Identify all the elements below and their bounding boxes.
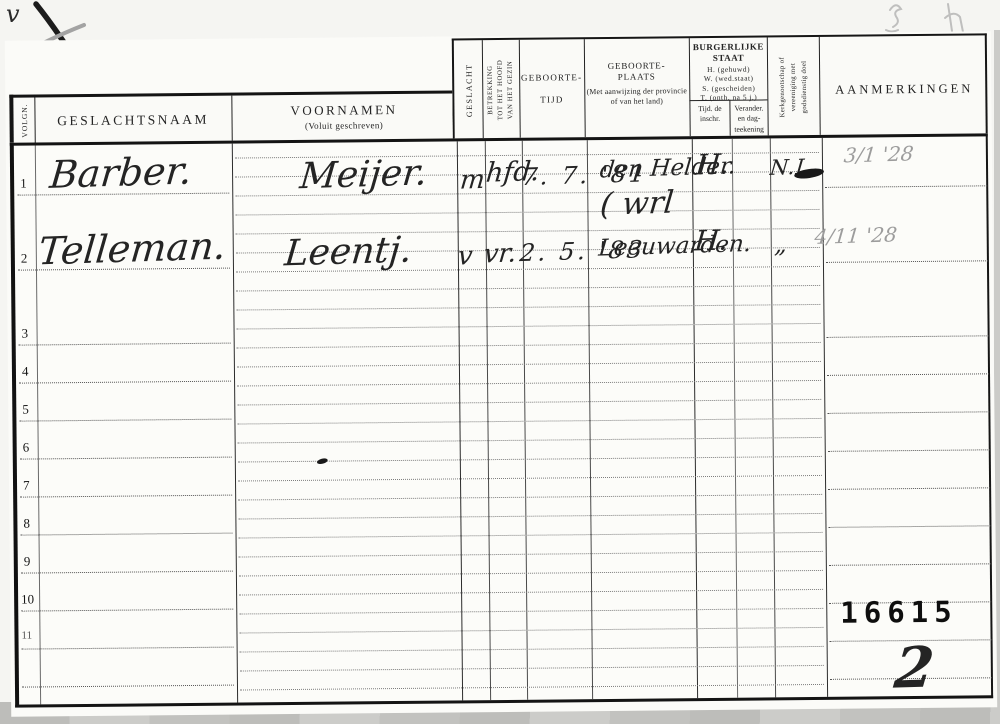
column-header-volgn: VOLGN.: [20, 103, 29, 137]
row-number: 6: [23, 440, 30, 456]
ruled-dotted-line: [238, 494, 822, 501]
geboorteplaats-line: GEBOORTE-: [586, 60, 687, 72]
ruled-dotted-line: [236, 304, 820, 311]
geboorteplaats-subtitle: (Met aanwijzing der provincie of van het…: [586, 86, 687, 107]
population-register-card: GESLACHT BETREKKING TOT HET HOOFD VAN HE…: [5, 31, 997, 716]
entry-burgerlijke-staat: H.: [694, 147, 730, 181]
voornamen-title: VOORNAMEN: [231, 101, 456, 119]
ruled-dotted-line: [827, 335, 989, 338]
ruled-dotted-line: [239, 551, 823, 558]
ruled-dotted-line: [239, 589, 823, 596]
betrekking-line: VAN HET GEZIN: [506, 60, 517, 121]
bottom-handwritten-mark: 2: [892, 634, 937, 701]
column-header-geboorteplaats: GEBOORTE- PLAATS (Met aanwijzing der pro…: [586, 60, 687, 107]
column-header-geslacht: GESLACHT: [465, 63, 475, 117]
scanned-register-card-page: { "annotations": { "corner_letter": "v" …: [0, 0, 1000, 724]
row-number: 3: [22, 326, 29, 342]
entry-aanmerkingen: 4/11 '28: [813, 222, 898, 249]
bs-subheader-verander: Verander. en dag-teekening: [730, 103, 767, 134]
kerk-line: Kerkgenootschap of: [778, 57, 789, 117]
ruled-dotted-line: [236, 285, 820, 292]
row-number: 4: [22, 364, 29, 380]
ruled-dotted-line: [239, 627, 823, 634]
ruled-dotted-line: [237, 361, 821, 368]
entry-geslachtsnaam: Telleman.: [37, 224, 228, 274]
geboortetijd-line: TIJD: [519, 89, 584, 111]
row-number: 1: [20, 176, 27, 192]
entry-geslachtsnaam: Barber.: [48, 148, 194, 196]
ruled-dotted-line: [828, 449, 990, 452]
header-left-block: VOLGN. GESLACHTSNAAM VOORNAMEN (Voluit g…: [9, 90, 452, 142]
ruled-dotted-line: [825, 185, 987, 188]
bs-code: T. (onth. na 5 j.): [690, 93, 767, 103]
ruled-dotted-line: [22, 647, 234, 650]
ruled-dotted-line: [827, 373, 989, 376]
kerk-line: vereeniging met: [789, 57, 800, 117]
geboortetijd-line: GEBOORTE-: [519, 67, 584, 89]
entry-geslacht: m: [459, 165, 486, 196]
row-number: 9: [24, 554, 31, 570]
entry-burgerlijke-staat: H.: [693, 223, 729, 257]
ruled-dotted-line: [20, 495, 232, 498]
betrekking-line: TOT HET HOOFD: [496, 60, 507, 121]
ruled-dotted-line: [828, 487, 990, 490]
row-number: 2: [21, 251, 28, 267]
voornamen-subtitle: (Voluit geschreven): [232, 119, 457, 131]
entry-voornamen: Meijer.: [298, 152, 429, 197]
ruled-dotted-line: [237, 342, 821, 349]
ruled-dotted-line: [828, 525, 990, 528]
ruled-dotted-line: [240, 684, 824, 691]
ruled-dotted-line: [237, 380, 821, 387]
registration-number-stamp: 16615: [840, 595, 958, 630]
ruled-dotted-line: [239, 532, 823, 539]
bs-title-line: STAAT: [690, 52, 767, 64]
ruled-dotted-line: [238, 475, 822, 482]
row-number: 8: [23, 516, 30, 532]
ruled-dotted-line: [238, 513, 822, 520]
betrekking-line: BETREKKING: [486, 60, 497, 121]
ruled-dotted-line: [237, 399, 821, 406]
ruled-dotted-line: [237, 323, 821, 330]
ruled-dotted-line: [20, 457, 232, 460]
ruled-dotted-line: [19, 343, 231, 346]
column-header-geslachtsnaam: GESLACHTSNAAM: [34, 112, 231, 130]
ruled-dotted-line: [19, 381, 231, 384]
table-body: 1 2 3 4 5 6 7 8 9 10 11 Barber. Meijer. …: [10, 133, 993, 707]
row-number: 7: [23, 478, 30, 494]
bs-subheader-tijd-inschr: Tijd. de inschr.: [690, 104, 729, 125]
ruled-dotted-line: [829, 563, 991, 566]
entry-kerkgenootschap-ditto: „: [773, 230, 788, 258]
ruled-dotted-line: [827, 411, 989, 414]
ruled-dotted-line: [239, 608, 823, 615]
header-right-block: GESLACHT BETREKKING TOT HET HOOFD VAN HE…: [452, 33, 988, 138]
ruled-dotted-line: [238, 437, 822, 444]
column-header-aanmerkingen: AANMERKINGEN: [819, 81, 989, 98]
entry-betrekking: vr.: [482, 238, 517, 269]
row-number: 11: [21, 630, 32, 642]
ruled-dotted-line: [22, 685, 234, 688]
kerk-line: godsdienstig doel: [799, 57, 810, 117]
ruled-dotted-line: [19, 419, 231, 422]
column-header-kerkgenootschap: Kerkgenootschap of vereeniging met godsd…: [778, 57, 811, 118]
ruled-dotted-line: [21, 533, 233, 536]
entry-aanmerkingen: 3/1 '28: [843, 141, 915, 167]
entry-geboorteplaats-note: ( wrl: [599, 185, 676, 223]
ruled-dotted-line: [240, 646, 824, 653]
ruled-dotted-line: [237, 418, 821, 425]
column-header-betrekking: BETREKKING TOT HET HOOFD VAN HET GEZIN: [486, 60, 517, 121]
column-divider: [482, 40, 484, 138]
ruled-dotted-line: [240, 665, 824, 672]
geboorteplaats-line: PLAATS: [586, 71, 687, 83]
column-header-geboortetijd: GEBOORTE- TIJD: [519, 67, 584, 111]
ruled-dotted-line: [239, 570, 823, 577]
entry-geboorteplaats: Leeuwarden.: [597, 231, 752, 262]
row-number: 5: [22, 402, 29, 418]
entry-voornamen: Leentj.: [283, 230, 414, 275]
row-number: 10: [21, 591, 34, 607]
entry-geslacht: v: [456, 241, 474, 271]
ruled-dotted-line: [826, 260, 988, 263]
column-header-voornamen: VOORNAMEN (Voluit geschreven): [231, 101, 456, 131]
ruled-dotted-line: [21, 609, 233, 612]
ruled-dotted-line: [235, 209, 819, 216]
column-header-burgerlijke-staat: BURGERLIJKE STAAT H. (gehuwd) W. (wed.st…: [690, 41, 768, 103]
ruled-dotted-line: [21, 571, 233, 574]
ruled-lines-middle: [232, 138, 827, 706]
bs-title-line: BURGERLIJKE: [690, 41, 767, 53]
